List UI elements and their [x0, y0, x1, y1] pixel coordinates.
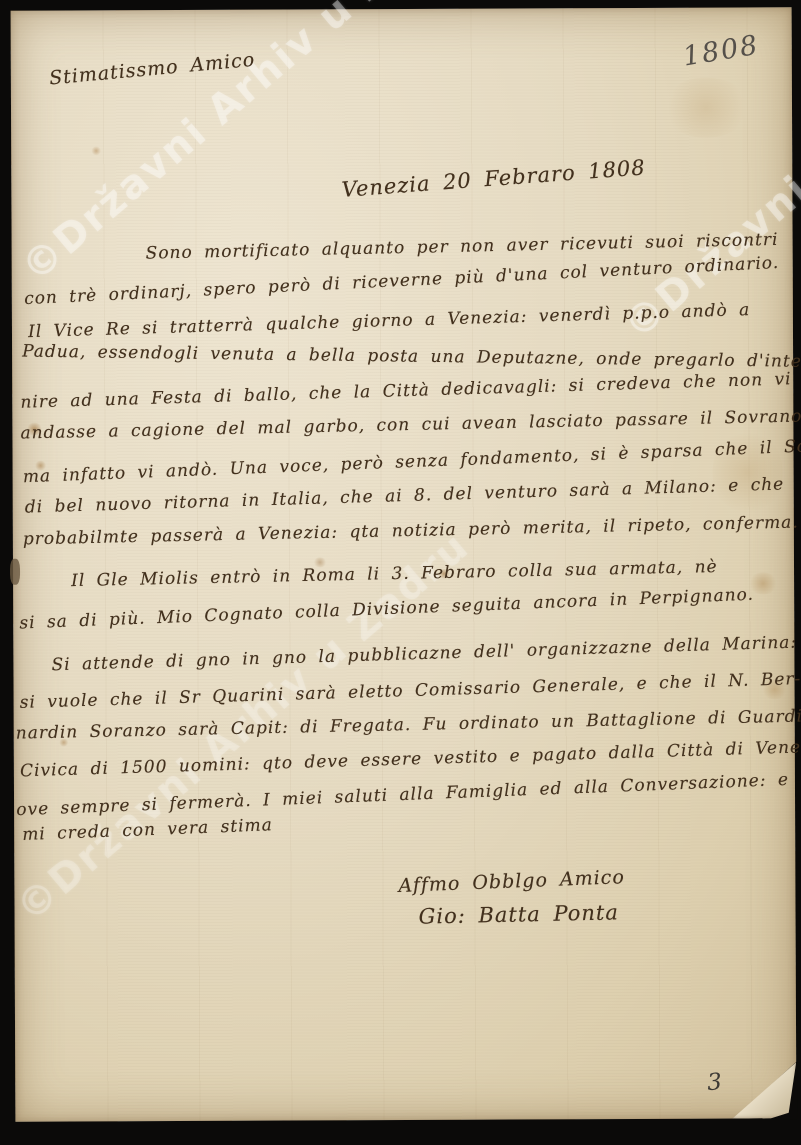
dateline: Venezia 20 Febraro 1808 [341, 155, 647, 202]
letter-line: nire ad una Festa di ballo, che la Città… [20, 369, 792, 413]
letter-line: Padua, essendogli venuta a bella posta u… [22, 342, 801, 373]
pencil-year-note: 1808 [681, 30, 762, 73]
letter-line: probabilmte passerà a Venezia: qta notiz… [23, 513, 799, 550]
letter-line: si sa di più. Mio Cognato colla Division… [19, 585, 754, 634]
letter-line: nardin Soranzo sarà Capit: di Fregata. F… [16, 706, 801, 743]
letter-line: con trè ordinarj, spero però di ricevern… [24, 253, 780, 309]
signature-name: Gio: Batta Ponta [418, 900, 619, 928]
fold-crease-notch [10, 559, 20, 585]
signature-closing: Affmo Obblgo Amico [398, 866, 625, 897]
scanned-letter-page: { "scan": { "watermark_text": "©Državni … [0, 0, 801, 1145]
letter-line: andasse a cagione del mal garbo, con cui… [20, 406, 801, 443]
dog-ear-fold [732, 1062, 796, 1118]
letter-line: si vuole che il Sr Quarini sarà eletto C… [19, 669, 801, 713]
salutation: Stimatissmo Amico [48, 49, 256, 90]
stain [661, 77, 751, 137]
letter-line: Si attende di gno in gno la pubblicazne … [51, 633, 797, 676]
letter-line: Il Gle Miolis entrò in Roma li 3. Febrar… [71, 557, 718, 591]
stain [91, 146, 101, 155]
letter-paper-sheet: ©Državni Arhiv u Zadru ©Državni Arhiv u … [11, 7, 797, 1121]
page-number: 3 [706, 1069, 723, 1096]
letter-line: Il Vice Re si tratterrà qualche giorno a… [28, 300, 751, 342]
letter-line: mi creda con vera stima [22, 815, 273, 845]
